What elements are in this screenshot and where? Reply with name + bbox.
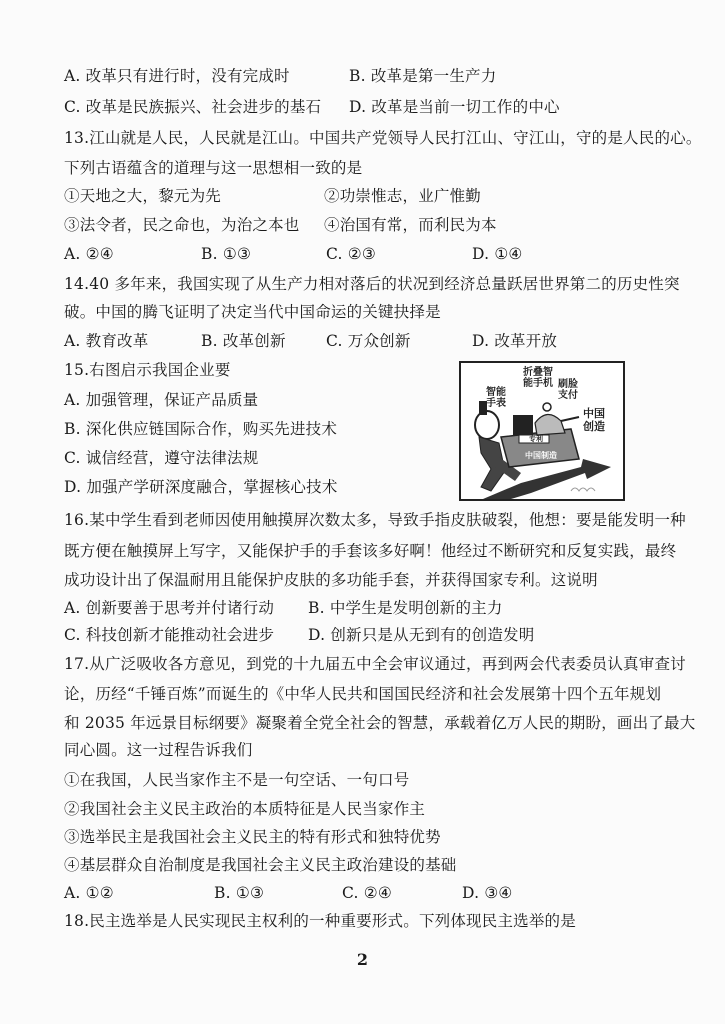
q17-option-a: A. ①② [64, 883, 114, 903]
q17-option-b: B. ①③ [214, 883, 264, 903]
q14-option-d: D. 改革开放 [472, 331, 557, 351]
q17-stem-line2: 论，历经“千锤百炼”而诞生的《中华人民共和国国民经济和社会发展第十四个五年规划 [64, 684, 661, 704]
q17-stem-line4: 同心圆。这一过程告诉我们 [64, 740, 252, 760]
q17-statement-3: ③选举民主是我国社会主义民主的特有形式和独特优势 [64, 827, 441, 847]
q15-option-b: B. 深化供应链国际合作，购买先进技术 [64, 419, 337, 439]
q12-option-d: D. 改革是当前一切工作的中心 [349, 97, 560, 117]
q13-stem-line1: 13.江山就是人民，人民就是江山。中国共产党领导人民打江山、守江山，守的是人民的… [64, 128, 702, 148]
q16-option-d: D. 创新只是从无到有的创造发明 [308, 625, 534, 645]
q13-statement-2: ②功崇惟志，业广惟勤 [324, 186, 481, 206]
q15-option-c: C. 诚信经营，遵守法律法规 [64, 448, 258, 468]
q13-option-c: C. ②③ [326, 244, 376, 264]
q13-option-b: B. ①③ [201, 244, 251, 264]
q13-statement-4: ④治国有常，而利民为本 [324, 215, 497, 235]
q17-option-c: C. ②④ [342, 883, 392, 903]
q16-stem-line3: 成功设计出了保温耐用且能保护皮肤的多功能手套，并获得国家专利。这说明 [64, 570, 598, 590]
q15-option-d: D. 加强产学研深度融合，掌握核心技术 [64, 477, 338, 497]
q14-stem-line1: 14.40 多年来，我国实现了从生产力相对落后的状况到经济总量跃居世界第二的历史… [64, 274, 680, 294]
cartoon-label-made-in-china: 中国制造 [521, 451, 561, 460]
q13-statement-1: ①天地之大，黎元为先 [64, 186, 221, 206]
q13-statement-3: ③法令者，民之命也，为治之本也 [64, 215, 300, 235]
q14-option-c: C. 万众创新 [326, 331, 411, 351]
q18-stem: 18.民主选举是人民实现民主权利的一种重要形式。下列体现民主选举的是 [64, 911, 576, 931]
q14-stem-line2: 破。中国的腾飞证明了决定当代中国命运的关键抉择是 [64, 302, 441, 322]
q15-stem: 15.右图启示我国企业要 [64, 360, 231, 380]
cartoon-label-foldable-phone: 折叠智能手机 [523, 367, 553, 389]
cartoon-label-patent: 专利 [523, 436, 549, 443]
cartoon-label-face-payment: 刷脸支付 [557, 379, 579, 401]
q12-option-c: C. 改革是民族振兴、社会进步的基石 [64, 97, 321, 117]
q17-statement-1: ①在我国，人民当家作主不是一句空话、一句口号 [64, 770, 409, 790]
q15-option-a: A. 加强管理，保证产品质量 [64, 390, 258, 410]
q14-option-b: B. 改革创新 [201, 331, 286, 351]
q17-option-d: D. ③④ [462, 883, 513, 903]
cartoon-label-smartwatch: 智能手表 [485, 387, 507, 409]
q12-option-a: A. 改革只有进行时，没有完成时 [64, 66, 290, 86]
q17-statement-2: ②我国社会主义民主政治的本质特征是人民当家作主 [64, 799, 425, 819]
q17-stem-line3: 和 2035 年远景目标纲要》凝聚着全党全社会的智慧，承载着亿万人民的期盼，画出… [64, 713, 695, 733]
cartoon-label-china-creation: 中国创造 [583, 407, 605, 433]
q16-option-c: C. 科技创新才能推动社会进步 [64, 625, 274, 645]
q16-stem-line1: 16.某中学生看到老师因使用触摸屏次数太多，导致手指皮肤破裂，他想：要是能发明一… [64, 510, 686, 530]
q15-cartoon-image: 折叠智能手机 智能手表 刷脸支付 中国创造 专利 中国制造 [459, 361, 625, 501]
q17-stem-line1: 17.从广泛吸收各方意见，到党的十九届五中全会审议通过，再到两会代表委员认真审查… [64, 654, 686, 674]
q13-option-a: A. ②④ [64, 244, 114, 264]
q16-stem-line2: 既方便在触摸屏上写字，又能保护手的手套该多好啊！他经过不断研究和反复实践，最终 [64, 541, 676, 561]
q16-option-b: B. 中学生是发明创新的主力 [308, 598, 503, 618]
page-number: 2 [0, 950, 725, 969]
q13-stem-line2: 下列古语蕴含的道理与这一思想相一致的是 [64, 158, 362, 178]
q12-option-b: B. 改革是第一生产力 [349, 66, 496, 86]
q16-option-a: A. 创新要善于思考并付诸行动 [64, 598, 274, 618]
q13-option-d: D. ①④ [472, 244, 523, 264]
q14-option-a: A. 教育改革 [64, 331, 148, 351]
q17-statement-4: ④基层群众自治制度是我国社会主义民主政治建设的基础 [64, 855, 457, 875]
exam-page: A. 改革只有进行时，没有完成时 B. 改革是第一生产力 C. 改革是民族振兴、… [0, 0, 725, 1024]
